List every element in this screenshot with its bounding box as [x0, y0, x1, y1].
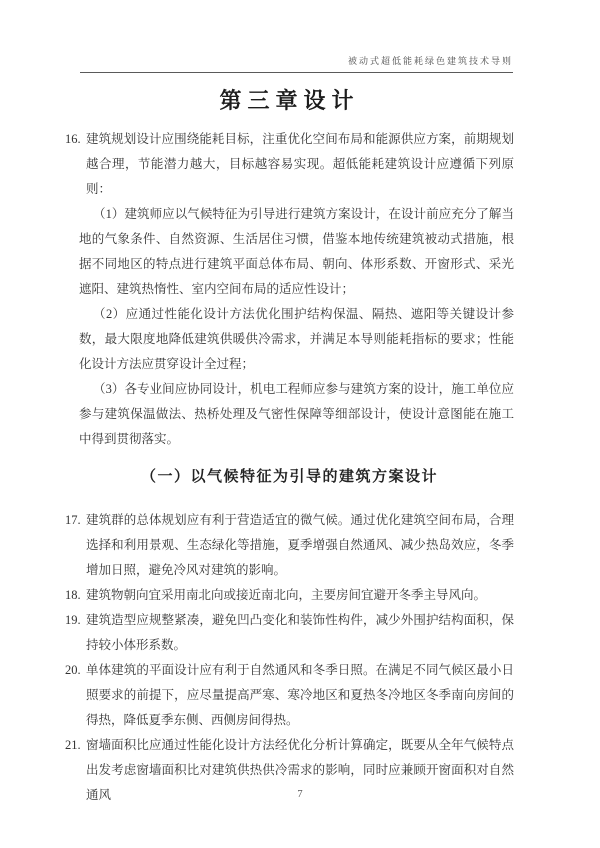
list-item-19: 19. 建筑造型应规整紧凑，避免凹凸变化和装饰性构件，减少外围护结构面积，保持较… — [65, 608, 514, 658]
item-body: 建筑规划设计应围绕能耗目标，注重优化空间布局和能源供应方案，前期规划越合理，节能… — [86, 127, 514, 452]
document-page: 被动式超低能耗绿色建筑技术导则 第三章设计 16. 建筑规划设计应围绕能耗目标，… — [0, 0, 600, 848]
list-item-17: 17. 建筑群的总体规划应有利于营造适宜的微气候。通过优化建筑空间布局，合理选择… — [65, 508, 514, 583]
item-text: 建筑造型应规整紧凑，避免凹凸变化和装饰性构件，减少外围护结构面积，保持较小体形系… — [86, 608, 514, 658]
sub-paragraph-3: （3）各专业间应协同设计，机电工程师应参与建筑方案的设计，施工单位应参与建筑保温… — [79, 377, 514, 452]
item-text: 建筑群的总体规划应有利于营造适宜的微气候。通过优化建筑空间布局，合理选择和利用景… — [86, 508, 514, 583]
page-content: 第三章设计 16. 建筑规划设计应围绕能耗目标，注重优化空间布局和能源供应方案，… — [65, 84, 514, 808]
item-number: 20. — [65, 658, 86, 733]
item-text: 单体建筑的平面设计应有利于自然通风和冬季日照。在满足不同气候区最小日照要求的前提… — [86, 658, 514, 733]
item-number: 18. — [65, 583, 86, 608]
item-text: 建筑规划设计应围绕能耗目标，注重优化空间布局和能源供应方案，前期规划越合理，节能… — [86, 127, 514, 202]
item-number: 17. — [65, 508, 86, 583]
running-header: 被动式超低能耗绿色建筑技术导则 — [80, 54, 513, 73]
sub-paragraph-1: （1）建筑师应以气候特征为引导进行建筑方案设计，在设计前应充分了解当地的气象条件… — [79, 202, 514, 302]
section-heading: （一）以气候特征为引导的建筑方案设计 — [65, 465, 514, 490]
sub-paragraph-2: （2）应通过性能化设计方法优化围护结构保温、隔热、遮阳等关键设计参数，最大限度地… — [79, 302, 514, 377]
list-item-20: 20. 单体建筑的平面设计应有利于自然通风和冬季日照。在满足不同气候区最小日照要… — [65, 658, 514, 733]
list-item-16: 16. 建筑规划设计应围绕能耗目标，注重优化空间布局和能源供应方案，前期规划越合… — [65, 127, 514, 452]
item-number: 19. — [65, 608, 86, 658]
item-text: 建筑物朝向宜采用南北向或接近南北向，主要房间宜避开冬季主导风向。 — [86, 583, 514, 608]
list-item-18: 18. 建筑物朝向宜采用南北向或接近南北向，主要房间宜避开冬季主导风向。 — [65, 583, 514, 608]
chapter-title: 第三章设计 — [65, 84, 514, 118]
page-number: 7 — [0, 789, 600, 800]
